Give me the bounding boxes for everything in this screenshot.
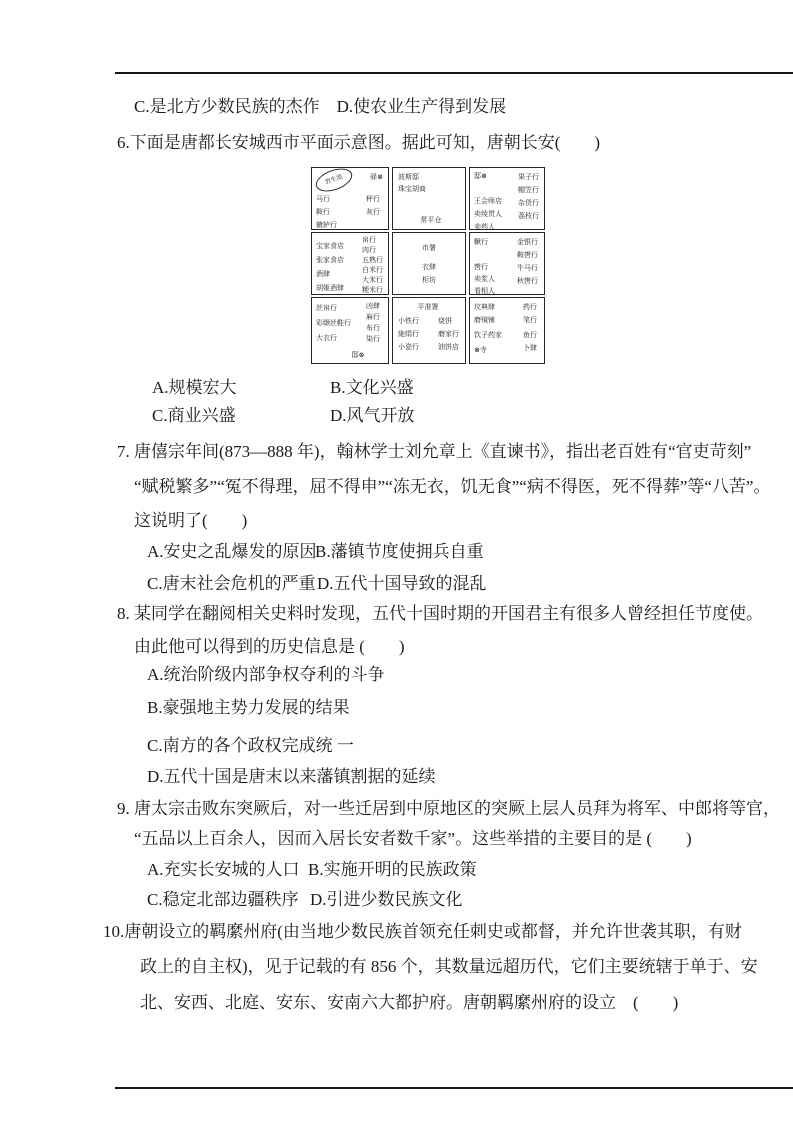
q7-option-a: A.安史之乱爆发的原因	[147, 541, 317, 563]
q8-option-b: B.豪强地主势力发展的结果	[147, 697, 350, 719]
q6-stem: 6.下面是唐都长安城西市平面示意图。据此可知，唐朝长安( )	[117, 132, 600, 154]
shop-label: 药行	[523, 301, 537, 314]
shop-column: 丝帛行 彩缬丝鞋行 大衣行	[316, 301, 351, 346]
q8-option-c: C.南方的各个政权完成统 一	[147, 735, 354, 757]
shop-label: 酒肆	[316, 267, 344, 281]
q7-option-c: C.唐末社会危机的严重	[147, 573, 316, 595]
shop-label: 烧饼	[438, 315, 459, 328]
shop-column: 王会师店 卖绫贯人 卖药人	[474, 195, 502, 230]
temple-marker: ⊗寺	[474, 344, 502, 357]
q7-option-d: D.五代十国导致的混乱	[317, 573, 487, 595]
market-office-column: 市署 衣肆 柜坊	[393, 242, 465, 287]
shop-label: 帽笠行	[518, 184, 539, 197]
shop-label: 肉行	[362, 245, 383, 255]
market-cell-ne: 邸⊗ 王会师店 卖绫贯人 卖药人 果子行 帽笠行 杂货行 荔枝行	[469, 167, 545, 230]
q10-stem-line-3: 北、安西、北庭、安东、安南六大都护府。唐朝羁縻州府的设立 ( )	[140, 992, 678, 1014]
release-pond-label: 放生池	[325, 174, 344, 186]
shop-label: 鞦行	[474, 236, 495, 248]
q6-option-a: A.规模宏大	[152, 377, 237, 399]
q8-option-a: A.统治阶级内部争权夺利的斗争	[147, 664, 385, 686]
q7-stem-line-3: 这说明了( )	[134, 510, 247, 532]
shop-column: 烧饼 磨家行 油饼店	[438, 315, 459, 354]
inn-marker: 邸⊗	[474, 171, 487, 182]
shop-label: 卜肆	[523, 342, 537, 355]
shop-label: 灰行	[366, 206, 380, 219]
shop-label: 卖药人	[474, 221, 502, 230]
shop-label: 絁绢行	[398, 328, 419, 341]
shop-label: 秋辔行	[517, 275, 538, 288]
shop-label: 秤行	[366, 193, 380, 206]
shop-label: 辔行	[474, 261, 495, 273]
q9-option-a: A.充实长安城的人口	[147, 859, 300, 881]
shop-label: 鞍辔行	[517, 249, 538, 262]
shop-label: 笔行	[523, 314, 537, 327]
market-cell-se: 坟典肆 磨镜铺 饮子药家 ⊗寺 药行 笔行 鱼行 卜肆	[469, 297, 545, 364]
west-market-diagram: 放生池 驿⊗ 马行 鞍行 辘轳行 秤行 灰行 波斯邸 珠宝胡商 常平仓 邸⊗ 王…	[311, 167, 547, 364]
q10-stem-line-2: 政上的自主权)，见于记载的有 856 个，其数量远超历代，它们主要统辖于单于、安	[140, 956, 758, 978]
market-cell-e: 鞦行 辔行 卖浆人 看相人 金银行 鞍辔行 牛马行 秋辔行	[469, 232, 545, 295]
top-page-rule	[115, 72, 793, 74]
q9-stem-line-1: 9. 唐太宗击败东突厥后，对一些迁居到中原地区的突厥上层人员拜为将军、中郎将等官…	[117, 798, 780, 820]
shop-label: 宝家食店	[316, 239, 344, 253]
shop-column: 马行 鞍行 辘轳行	[316, 193, 337, 230]
shop-label: 金银行	[517, 236, 538, 249]
shop-label: 油饼店	[438, 341, 459, 354]
shop-label: 饮子药家	[474, 329, 502, 342]
price-office-label: 平准署	[417, 302, 438, 313]
granary-label: 常平仓	[420, 215, 441, 226]
shop-label: 小瓷行	[398, 341, 419, 354]
shop-label: 珠宝胡商	[398, 183, 426, 195]
shop-label: 马行	[316, 193, 337, 206]
market-cell-n: 波斯邸 珠宝胡商 常平仓	[392, 167, 466, 230]
shop-label: 柜坊	[393, 274, 465, 287]
shop-column: 坟典肆 磨镜铺 饮子药家 ⊗寺	[474, 301, 502, 357]
shop-label: 果子行	[518, 171, 539, 184]
market-cell-sw: 丝帛行 彩缬丝鞋行 大衣行 凶肆 麻行 布行 染行 邸⊗	[311, 297, 389, 364]
shop-column: 药行 笔行 鱼行 卜肆	[523, 301, 537, 355]
q9-option-b: B.实施开明的民族政策	[308, 859, 477, 881]
shop-label: 小铁行	[398, 315, 419, 328]
shop-label: 波斯邸	[398, 171, 426, 183]
shop-label: 胡姬酒肆	[316, 281, 344, 295]
q5-options-cd: C.是北方少数民族的杰作 D.使农业生产得到发展	[134, 96, 506, 118]
shop-label: 彩缬丝鞋行	[316, 316, 351, 331]
shop-column: 秤行 灰行	[366, 193, 380, 219]
shop-label: 磨镜铺	[474, 314, 502, 327]
q6-option-d: D.风气开放	[330, 405, 415, 427]
shop-label: 染行	[366, 334, 380, 345]
q7-stem-line-2: “赋税繁多”“冤不得理，屈不得申”“冻无衣，饥无食”“病不得医，死不得葬”等“八…	[134, 476, 770, 498]
market-office-label: 市署	[393, 242, 465, 255]
shop-label: 磨家行	[438, 328, 459, 341]
shop-column: 宝家食店 张家食店 酒肆 胡姬酒肆	[316, 239, 344, 295]
market-cell-nw: 放生池 驿⊗ 马行 鞍行 辘轳行 秤行 灰行	[311, 167, 389, 230]
shop-label: 荔枝行	[518, 210, 539, 223]
shop-label: 鞍行	[316, 206, 337, 219]
q9-option-c: C.稳定北部边疆秩序	[147, 889, 299, 911]
shop-label: 帛行	[362, 235, 383, 245]
shop-label: 鱼行	[523, 329, 537, 342]
q7-option-b: B.藩镇节度使拥兵自重	[315, 541, 484, 563]
shop-label: 看相人	[474, 285, 495, 295]
shop-column: 凶肆 麻行 布行 染行	[366, 301, 380, 345]
shop-label: 粳米行	[362, 285, 383, 295]
shop-label: 辘轳行	[316, 219, 337, 230]
q7-stem-line-1: 7. 唐僖宗年间(873—888 年)，翰林学士刘允章上《直谏书》，指出老百姓有…	[117, 441, 751, 463]
shop-column: 小铁行 絁绢行 小瓷行	[398, 315, 419, 354]
q6-option-c: C.商业兴盛	[152, 405, 236, 427]
shop-label: 大米行	[362, 275, 383, 285]
shop-column: 帛行 肉行 五熟行 白米行 大米行 粳米行	[362, 235, 383, 295]
q9-stem-line-2: “五品以上百余人，因而入居长安者数千家”。这些举措的主要目的是 ( )	[134, 828, 692, 850]
shop-label: 卖浆人	[474, 273, 495, 285]
shop-label: 牛马行	[517, 262, 538, 275]
shop-label: 卖绫贯人	[474, 208, 502, 221]
shop-label: 五熟行	[362, 255, 383, 265]
shop-column: 波斯邸 珠宝胡商	[398, 171, 426, 195]
shop-label: 王会师店	[474, 195, 502, 208]
market-cell-w: 宝家食店 张家食店 酒肆 胡姬酒肆 帛行 肉行 五熟行 白米行 大米行 粳米行	[311, 232, 389, 295]
shop-label: 杂货行	[518, 197, 539, 210]
q10-stem-line-1: 10.唐朝设立的羁縻州府(由当地少数民族首领充任刺史或都督，并允许世袭其职，有财	[103, 921, 742, 943]
shop-label: 大衣行	[316, 331, 351, 346]
shop-label: 凶肆	[366, 301, 380, 312]
shop-label: 布行	[366, 323, 380, 334]
shop-column: 金银行 鞍辔行 牛马行 秋辔行	[517, 236, 538, 288]
shop-column: 果子行 帽笠行 杂货行 荔枝行	[518, 171, 539, 223]
shop-label: 白米行	[362, 265, 383, 275]
shop-label: 坟典肆	[474, 301, 502, 314]
release-pond-oval: 放生池	[313, 167, 356, 196]
q9-option-d: D.引进少数民族文化	[310, 889, 463, 911]
q8-stem-line-2: 由此他可以得到的历史信息是 ( )	[134, 636, 405, 658]
q6-option-b: B.文化兴盛	[330, 377, 414, 399]
shop-label: 丝帛行	[316, 301, 351, 316]
market-cell-center: 市署 衣肆 柜坊	[392, 232, 466, 295]
q8-stem-line-1: 8. 某同学在翻阅相关史料时发现，五代十国时期的开国君主有很多人曾经担任节度使。	[117, 603, 763, 625]
shop-label: 张家食店	[316, 253, 344, 267]
shop-label: 衣肆	[393, 261, 465, 274]
post-station-marker: 驿⊗	[370, 172, 383, 183]
shop-column: 鞦行 辔行 卖浆人 看相人	[474, 236, 495, 295]
shop-label: 麻行	[366, 312, 380, 323]
q8-option-d: D.五代十国是唐末以来藩镇割据的延续	[147, 766, 436, 788]
market-cell-s: 平准署 小铁行 絁绢行 小瓷行 烧饼 磨家行 油饼店	[392, 297, 466, 364]
bottom-page-rule	[115, 1087, 793, 1089]
inn-marker: 邸⊗	[352, 350, 365, 361]
